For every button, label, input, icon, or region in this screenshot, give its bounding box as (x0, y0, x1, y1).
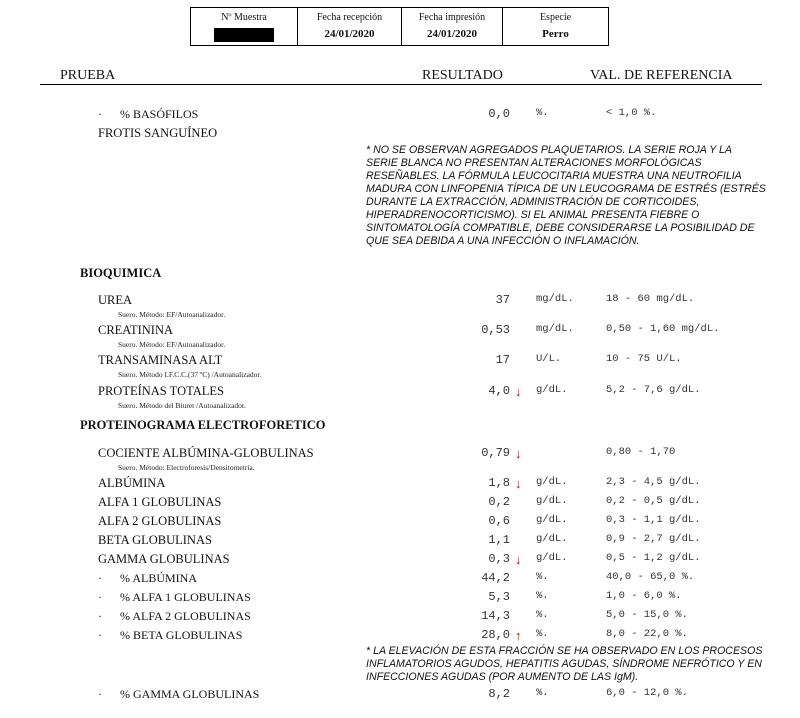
redacted-sample-number (214, 28, 274, 42)
result-row: ALBÚMINA1,8↓g/dL.2,3 - 4,5 g/dL. (0, 476, 800, 492)
test-name: GAMMA GLOBULINAS (98, 552, 230, 567)
result-row: BETA GLOBULINAS1,1g/dL.0,9 - 2,7 g/dL. (0, 533, 800, 549)
test-reference: 5,2 - 7,6 g/dL. (606, 384, 701, 396)
test-unit: g/dL. (536, 495, 568, 507)
result-row: CREATININA0,53mg/dL.0,50 - 1,60 mg/dL. (0, 323, 800, 339)
section-title-bioquimica: BIOQUIMICA (80, 266, 161, 281)
column-header-test: PRUEBA (60, 68, 115, 84)
print-date-cell: Fecha impresión 24/01/2020 (402, 8, 503, 45)
method-note: Suero. Método: EF/Autoanalizador. (118, 310, 225, 319)
test-unit: U/L. (536, 353, 561, 365)
test-value: 0,2 (488, 495, 510, 509)
result-row: ·% ALBÚMINA44,2%.40,0 - 65,0 %. (0, 571, 800, 587)
result-row-basofilos: · % BASÓFILOS 0,0 %. < 1,0 %. (0, 107, 800, 123)
test-name: % GAMMA GLOBULINAS (120, 687, 259, 702)
test-reference: 0,50 - 1,60 mg/dL. (606, 323, 719, 335)
test-reference: 5,0 - 15,0 %. (606, 609, 688, 621)
test-name: ALFA 1 GLOBULINAS (98, 495, 221, 510)
result-row: ALFA 1 GLOBULINAS0,2g/dL.0,2 - 0,5 g/dL. (0, 495, 800, 511)
sample-number-cell: Nº Muestra (191, 8, 298, 45)
method-note: Suero. Método: EF/Autoanalizador. (118, 340, 225, 349)
test-unit: g/dL. (536, 476, 568, 488)
test-value: 28,0 (481, 628, 510, 642)
test-name: % BASÓFILOS (120, 107, 198, 122)
species-cell: Especie Perro (503, 8, 608, 45)
result-row: PROTEÍNAS TOTALES4,0↓g/dL.5,2 - 7,6 g/dL… (0, 384, 800, 400)
species-label: Especie (503, 12, 608, 23)
test-reference: 40,0 - 65,0 %. (606, 571, 694, 583)
test-unit: g/dL. (536, 533, 568, 545)
beta-globulin-note: * LA ELEVACIÓN DE ESTA FRACCIÓN SE HA OB… (366, 645, 766, 684)
print-date-value: 24/01/2020 (402, 28, 502, 40)
test-unit: %. (536, 628, 549, 640)
test-value: 0,0 (488, 107, 510, 121)
test-name: BETA GLOBULINAS (98, 533, 212, 548)
test-value: 0,6 (488, 514, 510, 528)
test-reference: 6,0 - 12,0 %. (606, 687, 688, 699)
test-name: TRANSAMINASA ALT (98, 353, 222, 368)
species-value: Perro (503, 28, 608, 40)
method-note: Suero. Método I.F.C.C.(37 ºC) /Autoanali… (118, 370, 261, 379)
column-header-reference: VAL. DE REFERENCIA (590, 68, 732, 84)
bullet: · (98, 609, 102, 624)
section-title-proteinograma: PROTEINOGRAMA ELECTROFORETICO (80, 418, 326, 433)
bullet: · (98, 590, 102, 605)
test-name: % ALBÚMINA (120, 571, 197, 586)
result-row: TRANSAMINASA ALT17U/L.10 - 75 U/L. (0, 353, 800, 369)
test-reference: 8,0 - 22,0 %. (606, 628, 688, 640)
test-name: % ALFA 1 GLOBULINAS (120, 590, 251, 605)
sample-number-label: Nº Muestra (191, 12, 297, 23)
result-row: UREA37mg/dL.18 - 60 mg/dL. (0, 293, 800, 309)
result-row: ·% ALFA 1 GLOBULINAS5,3%.1,0 - 6,0 %. (0, 590, 800, 606)
test-value: 0,3 (488, 552, 510, 566)
test-reference: < 1,0 %. (606, 107, 656, 119)
result-row: ALFA 2 GLOBULINAS0,6g/dL.0,3 - 1,1 g/dL. (0, 514, 800, 530)
test-name: PROTEÍNAS TOTALES (98, 384, 224, 399)
test-value: 44,2 (481, 571, 510, 585)
test-name: ALFA 2 GLOBULINAS (98, 514, 221, 529)
test-reference: 0,2 - 0,5 g/dL. (606, 495, 701, 507)
result-row: ·% GAMMA GLOBULINAS8,2%.6,0 - 12,0 %. (0, 687, 800, 703)
result-row: GAMMA GLOBULINAS0,3↓g/dL.0,5 - 1,2 g/dL. (0, 552, 800, 568)
test-reference: 0,5 - 1,2 g/dL. (606, 552, 701, 564)
result-row-frotis: FROTIS SANGUÍNEO (0, 126, 800, 142)
test-name: COCIENTE ALBÚMINA-GLOBULINAS (98, 446, 314, 461)
test-value: 5,3 (488, 590, 510, 604)
test-reference: 18 - 60 mg/dL. (606, 293, 694, 305)
test-unit: %. (536, 107, 549, 119)
arrow-down-icon: ↓ (515, 476, 522, 492)
bullet: · (98, 107, 102, 122)
bullet: · (98, 571, 102, 586)
test-unit: %. (536, 590, 549, 602)
arrow-down-icon: ↓ (515, 552, 522, 568)
reception-date-label: Fecha recepción (298, 12, 401, 23)
test-name: ALBÚMINA (98, 476, 165, 491)
header-divider (40, 84, 762, 85)
method-note: Suero. Método: Electroforesis/Densitomet… (118, 463, 255, 472)
test-reference: 1,0 - 6,0 %. (606, 590, 682, 602)
test-reference: 0,3 - 1,1 g/dL. (606, 514, 701, 526)
reception-date-value: 24/01/2020 (298, 28, 401, 40)
test-value: 1,8 (488, 476, 510, 490)
result-row: ·% BETA GLOBULINAS28,0↑%.8,0 - 22,0 %. (0, 628, 800, 644)
test-name: UREA (98, 293, 132, 308)
test-unit: g/dL. (536, 514, 568, 526)
test-unit: %. (536, 687, 549, 699)
bullet: · (98, 687, 102, 702)
test-name: CREATININA (98, 323, 173, 338)
test-unit: %. (536, 571, 549, 583)
sample-info-table: Nº Muestra Fecha recepción 24/01/2020 Fe… (190, 7, 609, 46)
test-name: % ALFA 2 GLOBULINAS (120, 609, 251, 624)
reception-date-cell: Fecha recepción 24/01/2020 (298, 8, 402, 45)
arrow-down-icon: ↓ (515, 446, 522, 462)
test-reference: 2,3 - 4,5 g/dL. (606, 476, 701, 488)
result-row: ·% ALFA 2 GLOBULINAS14,3%.5,0 - 15,0 %. (0, 609, 800, 625)
test-name: % BETA GLOBULINAS (120, 628, 242, 643)
test-unit: mg/dL. (536, 293, 574, 305)
arrow-down-icon: ↓ (515, 384, 522, 400)
test-value: 0,79 (481, 446, 510, 460)
test-value: 4,0 (488, 384, 510, 398)
column-header-result: RESULTADO (422, 68, 503, 84)
test-value: 37 (496, 293, 510, 307)
test-reference: 0,9 - 2,7 g/dL. (606, 533, 701, 545)
bullet: · (98, 628, 102, 643)
test-reference: 10 - 75 U/L. (606, 353, 682, 365)
test-unit: g/dL. (536, 384, 568, 396)
test-name: FROTIS SANGUÍNEO (98, 126, 217, 141)
test-value: 0,53 (481, 323, 510, 337)
print-date-label: Fecha impresión (402, 12, 502, 23)
test-unit: mg/dL. (536, 323, 574, 335)
test-unit: %. (536, 609, 549, 621)
test-value: 14,3 (481, 609, 510, 623)
test-value: 8,2 (488, 687, 510, 701)
test-unit: g/dL. (536, 552, 568, 564)
result-row: COCIENTE ALBÚMINA-GLOBULINAS0,79↓0,80 - … (0, 446, 800, 462)
frotis-note: * NO SE OBSERVAN AGREGADOS PLAQUETARIOS.… (366, 144, 766, 248)
test-value: 1,1 (488, 533, 510, 547)
method-note: Suero. Método del Biuret /Autoanalizador… (118, 401, 246, 410)
test-reference: 0,80 - 1,70 (606, 446, 675, 458)
arrow-up-icon: ↑ (515, 628, 522, 644)
test-value: 17 (496, 353, 510, 367)
